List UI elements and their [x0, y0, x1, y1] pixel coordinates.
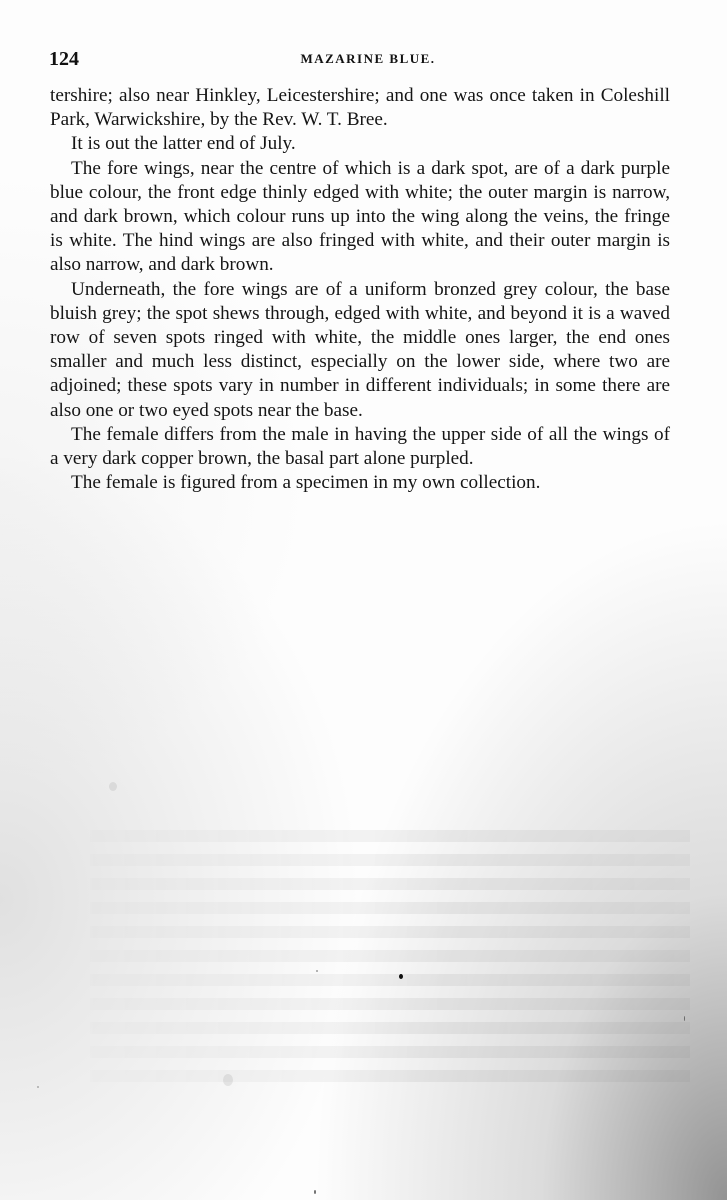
book-page: 124 MAZARINE BLUE. tershire; also near H… [0, 0, 727, 1200]
paragraph-figure-source: The female is figured from a specimen in… [50, 471, 670, 495]
body-text: tershire; also near Hinkley, Leicestersh… [50, 84, 670, 495]
ink-speck [684, 1016, 685, 1021]
paragraph-upperside-description: The fore wings, near the centre of which… [50, 157, 670, 278]
show-through-texture [90, 830, 690, 1090]
running-head: 124 MAZARINE BLUE. [49, 48, 671, 72]
ink-speck [399, 974, 403, 979]
ink-speck [316, 970, 318, 972]
running-title: MAZARINE BLUE. [49, 51, 671, 67]
paragraph-underside-description: Underneath, the fore wings are of a unif… [50, 278, 670, 423]
paragraph-continued-localities: tershire; also near Hinkley, Leicestersh… [50, 84, 670, 132]
ink-speck [314, 1190, 316, 1194]
paragraph-flight-period: It is out the latter end of July. [50, 132, 670, 156]
ink-speck [109, 782, 117, 791]
ink-speck [223, 1074, 233, 1086]
paragraph-female-description: The female differs from the male in havi… [50, 423, 670, 471]
ink-speck [37, 1086, 39, 1088]
